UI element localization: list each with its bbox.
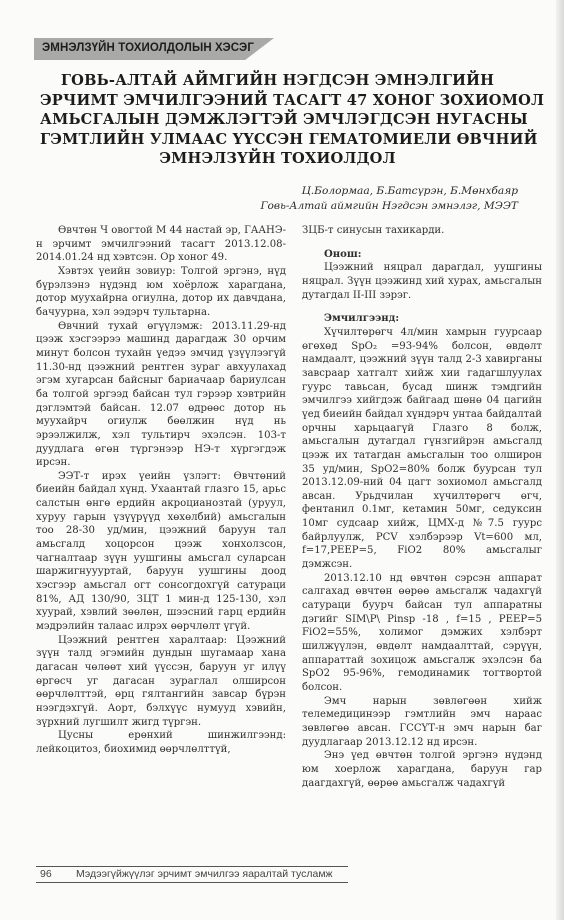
diagnosis-heading: Онош: bbox=[302, 248, 542, 262]
title-line: ЭМНЭЛЗҮЙН ТОХИОЛДОЛ bbox=[40, 149, 515, 169]
footer-rule-top bbox=[36, 866, 348, 867]
paragraph: Эмч нарын зөвлөгөөн хийж телемедицинээр … bbox=[302, 695, 542, 750]
page-number: 96 bbox=[40, 868, 52, 880]
section-label: ЭМНЭЛЗҮЙН ТОХИОЛДОЛЫН ХЭСЭГ bbox=[42, 42, 254, 54]
title-line: ЭРЧИМТ ЭМЧИЛГЭЭНИЙ ТАСАГТ 47 ХОНОГ ЗОХИО… bbox=[40, 91, 515, 111]
title-line: ГЭМТЛИЙН УЛМААС ҮҮССЭН ГЕМАТОМИЕЛИ ӨВЧНИ… bbox=[40, 130, 515, 150]
footer-rule-bottom bbox=[36, 882, 348, 883]
paragraph: Цусны ерөнхий шинжилгээнд: лейкоцитоз, б… bbox=[36, 729, 286, 756]
paragraph: ЭЭТ-т ирэх үеийн үзлэгт: Өвчтөний биеийн… bbox=[36, 470, 286, 634]
title-line: ГОВЬ-АЛТАЙ АЙМГИЙН НЭГДСЭН ЭМНЭЛГИЙН bbox=[40, 71, 515, 91]
section-banner: ЭМНЭЛЗҮЙН ТОХИОЛДОЛЫН ХЭСЭГ bbox=[34, 38, 274, 60]
right-column: ЗЦБ-т синусын тахикарди. Онош: Цээжний н… bbox=[302, 224, 542, 790]
authors-block: Ц.Болормаа, Б.Батсүрэн, Б.Мөнхбаяр Говь-… bbox=[261, 184, 518, 214]
paragraph: ЗЦБ-т синусын тахикарди. bbox=[302, 224, 542, 238]
page-edge-shadow bbox=[556, 0, 564, 920]
title-line: АМЬСГАЛЫН ДЭМЖЛЭГТЭЙ ЭМЧЛЭГДСЭН НУГАСНЫ bbox=[40, 110, 515, 130]
journal-name: Мэдээгүйжүүлэг эрчимт эмчилгээ яаралтай … bbox=[76, 868, 333, 880]
author-names: Ц.Болормаа, Б.Батсүрэн, Б.Мөнхбаяр bbox=[261, 184, 518, 199]
article-title: ГОВЬ-АЛТАЙ АЙМГИЙН НЭГДСЭН ЭМНЭЛГИЙН ЭРЧ… bbox=[40, 71, 515, 169]
paragraph: Өвчтөн Ч овогтой М 44 настай эр, ГААНЭ-н… bbox=[36, 224, 286, 265]
paragraph: Цээжний рентген харалтаар: Цээжний зүүн … bbox=[36, 634, 286, 730]
affiliation: Говь-Алтай аймгийн Нэгдсэн эмнэлэг, МЭЭТ bbox=[261, 199, 518, 214]
paragraph: Цээжний няцрал дарагдал, уушгины няцрал.… bbox=[302, 261, 542, 302]
paragraph: Хүчилтөрөгч 4л/мин хамрын гуурсаар өгөхө… bbox=[302, 326, 542, 572]
paragraph: Өвчний тухай өгүүлэмж: 2013.11.29-нд цээ… bbox=[36, 320, 286, 470]
paragraph: Хэвтэх үеийн зовиур: Толгой эргэнэ, нүд … bbox=[36, 265, 286, 320]
paragraph: 2013.12.10 нд өвчтөн сэрсэн аппарат салг… bbox=[302, 572, 542, 695]
treatment-heading: Эмчилгээнд: bbox=[302, 312, 542, 326]
left-column: Өвчтөн Ч овогтой М 44 настай эр, ГААНЭ-н… bbox=[36, 224, 286, 757]
paragraph: Энэ үед өвчтөн толгой эргэнэ нүдэнд юм х… bbox=[302, 749, 542, 790]
